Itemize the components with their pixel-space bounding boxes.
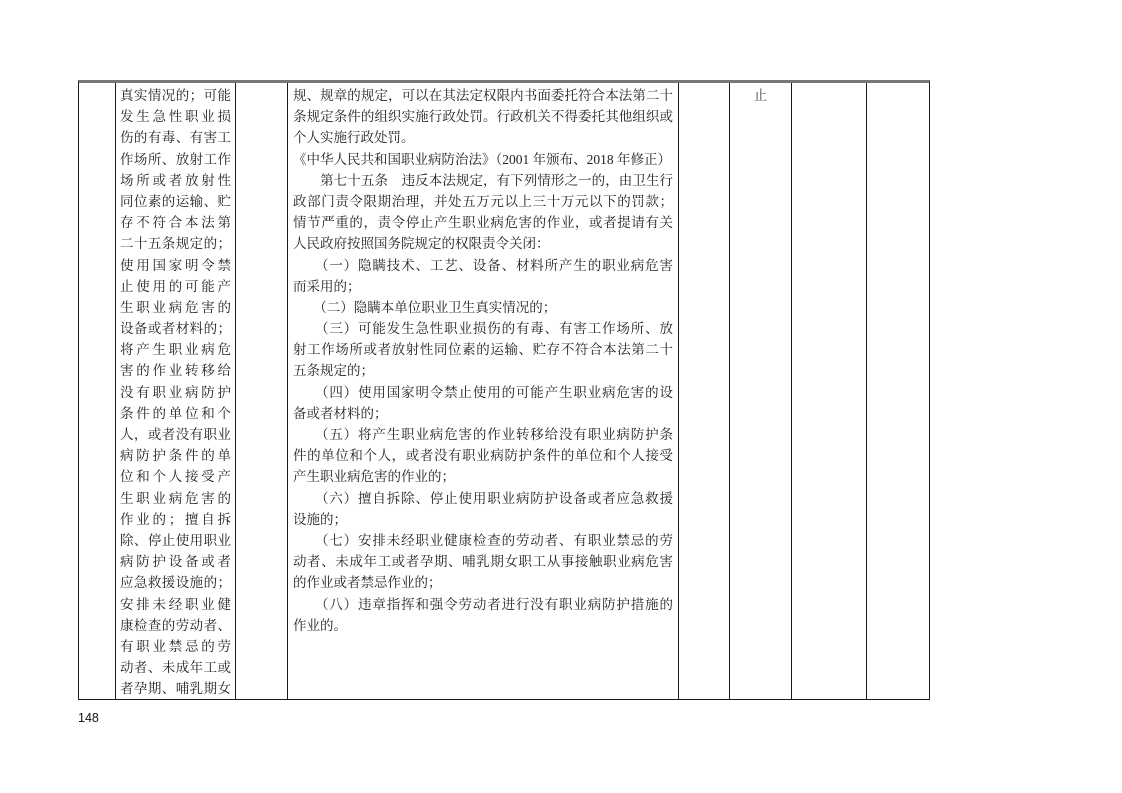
table-cell-empty-4 xyxy=(792,83,867,699)
text-line: （四）使用国家明令禁止使用的可能产生职业病危害的设 xyxy=(293,382,673,403)
text-line: 安排未经职业健 xyxy=(120,594,231,615)
text-line: 作场所、放射工作 xyxy=(120,149,231,170)
text-line: 设备或者材料的； xyxy=(120,318,231,339)
table-cell-violation-items: 真实情况的；可能发生急性职业损伤的有毒、有害工作场所、放射工作场所或者放射性同位… xyxy=(116,83,236,699)
text-line: （八）违章指挥和强令劳动者进行没有职业病防护措施的 xyxy=(293,594,673,615)
text-line: 位和个人接受产 xyxy=(120,466,231,487)
text-line: 政部门责令限期治理，并处五万元以上三十万元以下的罚款； xyxy=(293,191,673,212)
text-line: 《中华人民共和国职业病防治法》（2001 年颁布、2018 年修正） xyxy=(293,149,673,170)
text-line: 动者、未成年工或者孕期、哺乳期女职工从事接触职业病危害 xyxy=(293,551,673,572)
table-cell-empty-3 xyxy=(679,83,730,699)
table-cell-clipped-text: 止 xyxy=(730,83,792,699)
text-line: （五）将产生职业病危害的作业转移给没有职业病防护条 xyxy=(293,424,673,445)
text-line: 设施的； xyxy=(293,509,673,530)
text-line: 病防护设备或者 xyxy=(120,551,231,572)
text-line: 应急救援设施的； xyxy=(120,572,231,593)
text-line: 真实情况的；可能 xyxy=(120,85,231,106)
text-line: 生职业病危害的 xyxy=(120,488,231,509)
text-line: 规、规章的规定，可以在其法定权限内书面委托符合本法第二十一 xyxy=(293,85,673,106)
text-line: 使用国家明令禁 xyxy=(120,255,231,276)
text-line: 射工作场所或者放射性同位素的运输、贮存不符合本法第二十 xyxy=(293,339,673,360)
text-line: 五条规定的； xyxy=(293,360,673,381)
text-line: 的作业或者禁忌作业的； xyxy=(293,572,673,593)
text-line: 没有职业病防护 xyxy=(120,382,231,403)
text-line: 除、停止使用职业 xyxy=(120,530,231,551)
text-line: 情节严重的，责令停止产生职业病危害的作业，或者提请有关 xyxy=(293,212,673,233)
text-line: 条规定条件的组织实施行政处罚。行政机关不得委托其他组织或者 xyxy=(293,106,673,127)
text-line: 作业的。 xyxy=(293,615,673,636)
table-cell-empty-5 xyxy=(867,83,929,699)
table-cell-empty-2 xyxy=(236,83,288,699)
text-line: 人，或者没有职业 xyxy=(120,424,231,445)
text-line: 个人实施行政处罚。 xyxy=(293,127,673,148)
text-line: 发生急性职业损 xyxy=(120,106,231,127)
text-line: 件的单位和个人，或者没有职业病防护条件的单位和个人接受 xyxy=(293,445,673,466)
text-line: 条件的单位和个 xyxy=(120,403,231,424)
page-number: 148 xyxy=(78,711,99,725)
text-line: 伤的有毒、有害工 xyxy=(120,127,231,148)
text-line: 动者、未成年工或 xyxy=(120,657,231,678)
text-line: （六）擅自拆除、停止使用职业病防护设备或者应急救援 xyxy=(293,488,673,509)
text-line: （二）隐瞒本单位职业卫生真实情况的； xyxy=(293,297,673,318)
text-line: 有职业禁忌的劳 xyxy=(120,636,231,657)
text-line: 害的作业转移给 xyxy=(120,360,231,381)
text-line: 生职业病危害的 xyxy=(120,297,231,318)
text-line: （三）可能发生急性职业损伤的有毒、有害工作场所、放 xyxy=(293,318,673,339)
text-line: 存不符合本法第 xyxy=(120,212,231,233)
text-line: 第七十五条 违反本法规定，有下列情形之一的，由卫生行 xyxy=(293,170,673,191)
text-line: 作业的；擅自拆 xyxy=(120,509,231,530)
text-line: 将产生职业病危 xyxy=(120,339,231,360)
text-line: 备或者材料的； xyxy=(293,403,673,424)
text-line: 者孕期、哺乳期女 xyxy=(120,678,231,699)
text-line: 产生职业病危害的作业的； xyxy=(293,466,673,487)
text-line: 二十五条规定的； xyxy=(120,233,231,254)
text-line: 同位素的运输、贮 xyxy=(120,191,231,212)
text-line: （七）安排未经职业健康检查的劳动者、有职业禁忌的劳 xyxy=(293,530,673,551)
text-line: （一）隐瞒技术、工艺、设备、材料所产生的职业病危害 xyxy=(293,255,673,276)
text-line: 病防护条件的单 xyxy=(120,445,231,466)
table-cell-empty-1 xyxy=(79,83,116,699)
text-line: 止使用的可能产 xyxy=(120,276,231,297)
document-page: 真实情况的；可能发生急性职业损伤的有毒、有害工作场所、放射工作场所或者放射性同位… xyxy=(0,0,1122,793)
legal-provisions-table: 真实情况的；可能发生急性职业损伤的有毒、有害工作场所、放射工作场所或者放射性同位… xyxy=(78,80,930,700)
text-line: 人民政府按照国务院规定的权限责令关闭： xyxy=(293,233,673,254)
text-line: 场所或者放射性 xyxy=(120,170,231,191)
clipped-text: 止 xyxy=(754,88,768,103)
text-line: 而采用的； xyxy=(293,276,673,297)
text-line: 康检查的劳动者、 xyxy=(120,615,231,636)
table-cell-legal-basis: 规、规章的规定，可以在其法定权限内书面委托符合本法第二十一条规定条件的组织实施行… xyxy=(288,83,679,699)
